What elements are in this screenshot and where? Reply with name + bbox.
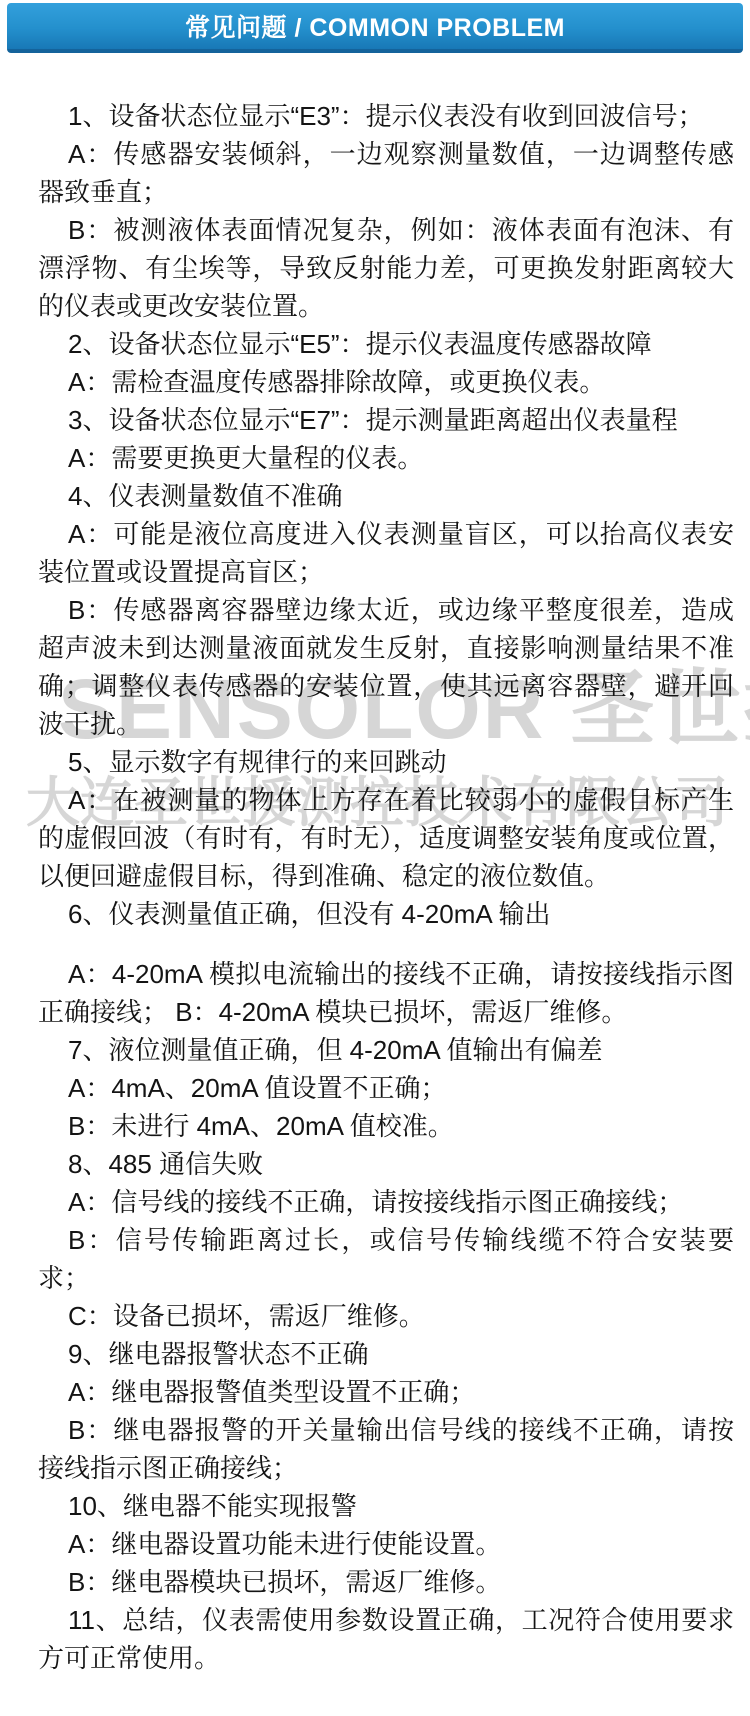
faq-paragraph: A：4mA、20mA 值设置不正确； [38,1069,734,1107]
faq-paragraph: 7、液位测量值正确，但 4-20mA 值输出有偏差 [38,1031,734,1069]
faq-paragraph: A：可能是液位高度进入仪表测量盲区，可以抬高仪表安装位置或设置提高盲区； [38,515,734,591]
faq-paragraph: A：需检查温度传感器排除故障，或更换仪表。 [38,363,734,401]
faq-paragraph: 8、485 通信失败 [38,1145,734,1183]
faq-paragraph: A：继电器设置功能未进行使能设置。 [38,1525,734,1563]
faq-paragraph: A：继电器报警值类型设置不正确； [38,1373,734,1411]
page-title: 常见问题 / COMMON PROBLEM [185,8,565,44]
faq-paragraph: 6、仪表测量值正确，但没有 4-20mA 输出 [38,895,734,933]
faq-paragraph: B：信号传输距离过长，或信号传输线缆不符合安装要求； [38,1221,734,1297]
faq-paragraph: 10、继电器不能实现报警 [38,1487,734,1525]
manual-page: 常见问题 / COMMON PROBLEM SENSOLOR 圣世援 大连圣世援… [0,0,750,1716]
faq-paragraph: C：设备已损坏，需返厂维修。 [38,1297,734,1335]
faq-paragraph: 4、仪表测量数值不准确 [38,477,734,515]
faq-paragraph: A：4-20mA 模拟电流输出的接线不正确，请按接线指示图正确接线； B：4-2… [38,955,734,1031]
faq-paragraph: 5、显示数字有规律行的来回跳动 [38,743,734,781]
faq-paragraph: 1、设备状态位显示“E3”：提示仪表没有收到回波信号； [38,97,734,135]
faq-paragraph: 11、总结，仪表需使用参数设置正确，工况符合使用要求方可正常使用。 [38,1601,734,1677]
faq-paragraph: A：需要更换更大量程的仪表。 [38,439,734,477]
section-header-banner: 常见问题 / COMMON PROBLEM [7,3,743,53]
faq-paragraph-list: 1、设备状态位显示“E3”：提示仪表没有收到回波信号；A：传感器安装倾斜，一边观… [38,97,734,1677]
faq-paragraph: 3、设备状态位显示“E7”：提示测量距离超出仪表量程 [38,401,734,439]
faq-content: 1、设备状态位显示“E3”：提示仪表没有收到回波信号；A：传感器安装倾斜，一边观… [0,57,750,1716]
faq-paragraph: B：继电器报警的开关量输出信号线的接线不正确，请按接线指示图正确接线； [38,1411,734,1487]
faq-paragraph: B：被测液体表面情况复杂，例如：液体表面有泡沫、有漂浮物、有尘埃等，导致反射能力… [38,211,734,325]
faq-paragraph: B：传感器离容器壁边缘太近，或边缘平整度很差，造成超声波未到达测量液面就发生反射… [38,591,734,743]
faq-paragraph: A：在被测量的物体上方存在着比较弱小的虚假目标产生的虚假回波（有时有，有时无），… [38,781,734,895]
faq-paragraph: 2、设备状态位显示“E5”：提示仪表温度传感器故障 [38,325,734,363]
faq-paragraph: A：信号线的接线不正确，请按接线指示图正确接线； [38,1183,734,1221]
faq-paragraph: 9、继电器报警状态不正确 [38,1335,734,1373]
faq-paragraph: B：继电器模块已损坏，需返厂维修。 [38,1563,734,1601]
faq-paragraph: B：未进行 4mA、20mA 值校准。 [38,1107,734,1145]
faq-paragraph: A：传感器安装倾斜，一边观察测量数值，一边调整传感器致垂直； [38,135,734,211]
